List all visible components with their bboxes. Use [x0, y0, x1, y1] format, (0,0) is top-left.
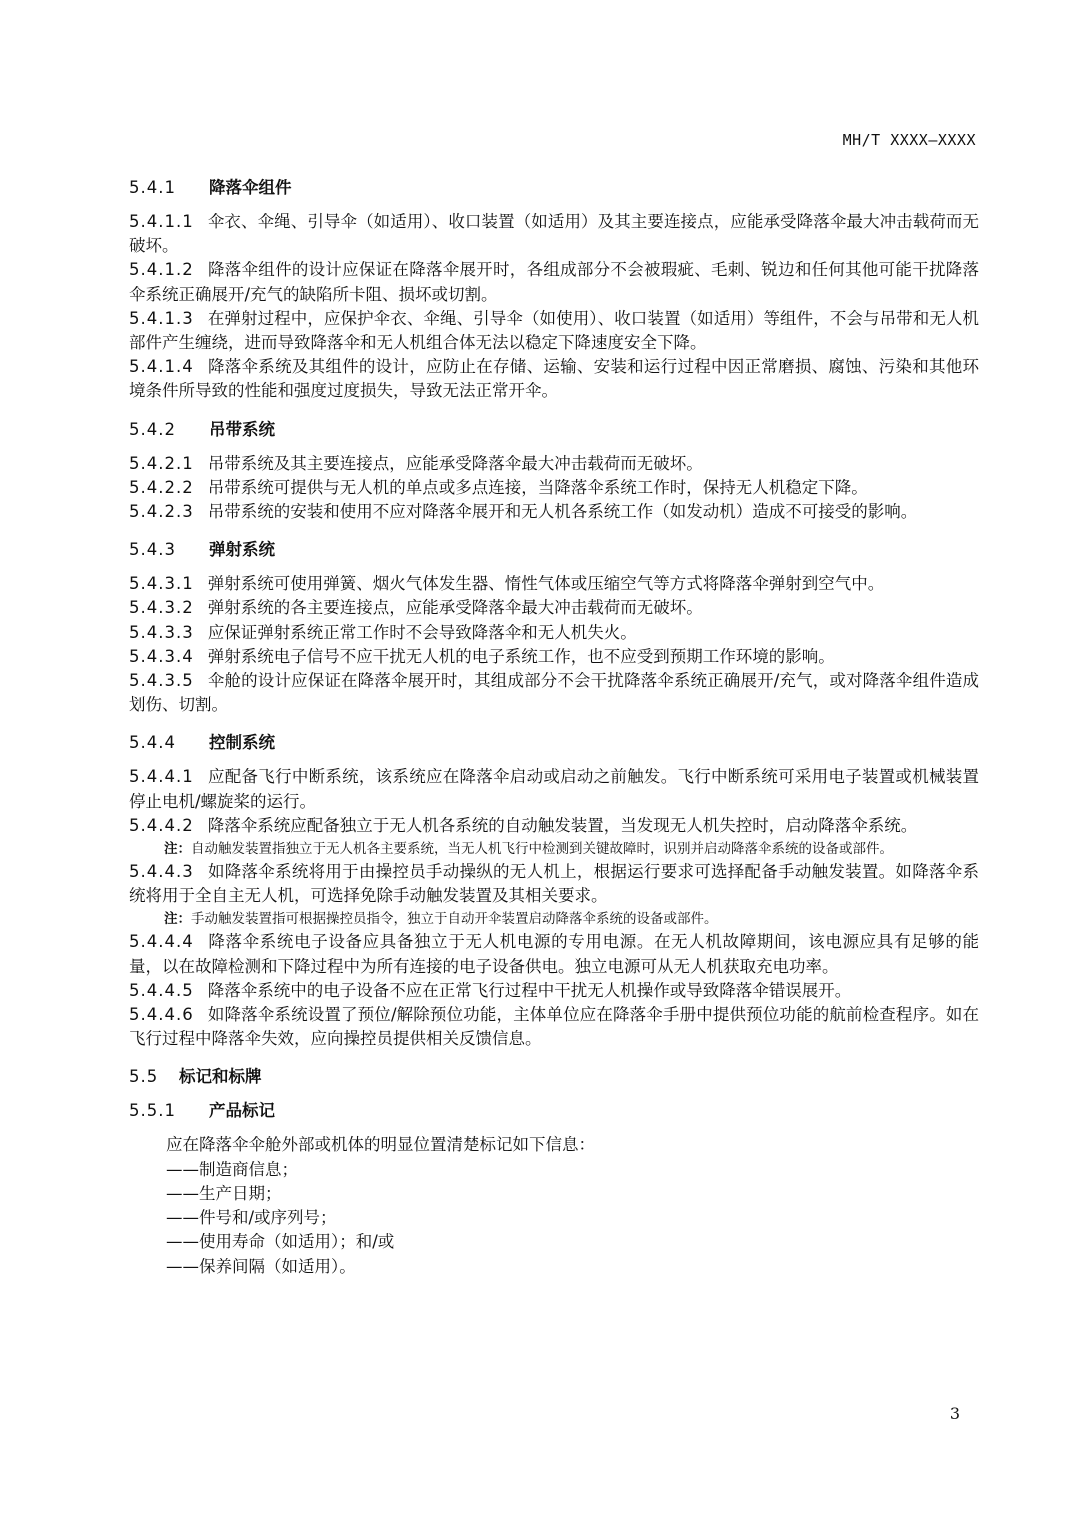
clause-5-4-4-1: 5.4.4.1应配备飞行中断系统，该系统应在降落伞启动或启动之前触发。飞行中断系…	[129, 765, 979, 813]
clause-text: 弹射系统可使用弹簧、烟火气体发生器、惰性气体或压缩空气等方式将降落伞弹射到空气中…	[208, 574, 885, 593]
clause-5-4-4-4: 5.4.4.4降落伞系统电子设备应具备独立于无人机电源的专用电源。在无人机故障期…	[129, 930, 979, 978]
clause-5-4-1-4: 5.4.1.4降落伞系统及其组件的设计，应防止在存储、运输、安装和运行过程中因正…	[129, 355, 979, 403]
clause-5-4-3-4: 5.4.3.4弹射系统电子信号不应干扰无人机的电子系统工作，也不应受到预期工作环…	[129, 645, 979, 669]
clause-number: 5.4.3.5	[129, 671, 194, 690]
clause-number: 5.4.3.1	[129, 574, 194, 593]
clause-5-4-1-2: 5.4.1.2降落伞组件的设计应保证在降落伞展开时，各组成部分不会被瑕疵、毛刺、…	[129, 258, 979, 306]
clause-5-4-4-2: 5.4.4.2降落伞系统应配备独立于无人机各系统的自动触发装置，当发现无人机失控…	[129, 814, 979, 838]
marking-list-item: ——件号和/或序列号；	[129, 1206, 979, 1230]
marking-intro: 应在降落伞伞舱外部或机体的明显位置清楚标记如下信息：	[129, 1133, 979, 1157]
clause-number: 5.4.3.2	[129, 598, 194, 617]
heading-5-5-1: 5.5.1 产品标记	[129, 1099, 979, 1123]
note-auto-trigger: 注： 自动触发装置指独立于无人机各主要系统，当无人机飞行中检测到关键故障时，识别…	[129, 838, 979, 860]
clause-text: 如降落伞系统将用于由操控员手动操纵的无人机上，根据运行要求可选择配备手动触发装置…	[129, 862, 979, 905]
clause-number: 5.4.1.2	[129, 260, 194, 279]
clause-number: 5.4.2.2	[129, 478, 194, 497]
heading-number: 5.4.3	[129, 538, 209, 562]
document-body: 5.4.1 降落伞组件 5.4.1.1伞衣、伞绳、引导伞（如适用）、收口装置（如…	[129, 172, 979, 1279]
marking-list-item: ——保养间隔（如适用）。	[129, 1255, 979, 1279]
clause-5-4-3-3: 5.4.3.3应保证弹射系统正常工作时不会导致降落伞和无人机失火。	[129, 621, 979, 645]
clause-5-4-4-5: 5.4.4.5降落伞系统中的电子设备不应在正常飞行过程中干扰无人机操作或导致降落…	[129, 979, 979, 1003]
note-label: 注：	[164, 908, 191, 930]
heading-5-5: 5.5 标记和标牌	[129, 1065, 979, 1089]
clause-5-4-2-2: 5.4.2.2吊带系统可提供与无人机的单点或多点连接，当降落伞系统工作时，保持无…	[129, 476, 979, 500]
clause-number: 5.4.1.4	[129, 357, 194, 376]
clause-text: 伞衣、伞绳、引导伞（如适用）、收口装置（如适用）及其主要连接点，应能承受降落伞最…	[129, 212, 979, 255]
clause-number: 5.4.4.6	[129, 1005, 194, 1024]
heading-number: 5.5.1	[129, 1099, 209, 1123]
note-manual-trigger: 注： 手动触发装置指可根据操控员指令，独立于自动开伞装置启动降落伞系统的设备或部…	[129, 908, 979, 930]
clause-5-4-1-1: 5.4.1.1伞衣、伞绳、引导伞（如适用）、收口装置（如适用）及其主要连接点，应…	[129, 210, 979, 258]
clause-number: 5.4.2.1	[129, 454, 194, 473]
note-label: 注：	[164, 838, 191, 860]
heading-5-4-4: 5.4.4 控制系统	[129, 731, 979, 755]
clause-5-4-2-1: 5.4.2.1吊带系统及其主要连接点，应能承受降落伞最大冲击载荷而无破坏。	[129, 452, 979, 476]
clause-text: 吊带系统可提供与无人机的单点或多点连接，当降落伞系统工作时，保持无人机稳定下降。	[208, 478, 868, 497]
clause-text: 吊带系统的安装和使用不应对降落伞展开和无人机各系统工作（如发动机）造成不可接受的…	[208, 502, 918, 521]
heading-number: 5.5	[129, 1065, 179, 1089]
clause-number: 5.4.4.4	[129, 932, 194, 951]
document-page: MH/T XXXX—XXXX 5.4.1 降落伞组件 5.4.1.1伞衣、伞绳、…	[0, 0, 1080, 1527]
clause-text: 伞舱的设计应保证在降落伞展开时，其组成部分不会干扰降落伞系统正确展开/充气，或对…	[129, 671, 979, 714]
heading-5-4-3: 5.4.3 弹射系统	[129, 538, 979, 562]
clause-text: 应配备飞行中断系统，该系统应在降落伞启动或启动之前触发。飞行中断系统可采用电子装…	[129, 767, 979, 810]
heading-title: 控制系统	[209, 731, 275, 755]
heading-title: 弹射系统	[209, 538, 275, 562]
heading-5-4-1: 5.4.1 降落伞组件	[129, 176, 979, 200]
clause-text: 降落伞组件的设计应保证在降落伞展开时，各组成部分不会被瑕疵、毛刺、锐边和任何其他…	[129, 260, 979, 303]
clause-text: 弹射系统的各主要连接点，应能承受降落伞最大冲击载荷而无破坏。	[208, 598, 703, 617]
clause-5-4-1-3: 5.4.1.3在弹射过程中，应保护伞衣、伞绳、引导伞（如使用）、收口装置（如适用…	[129, 307, 979, 355]
clause-text: 弹射系统电子信号不应干扰无人机的电子系统工作，也不应受到预期工作环境的影响。	[208, 647, 835, 666]
clause-number: 5.4.4.3	[129, 862, 194, 881]
marking-list-item: ——使用寿命（如适用）；和/或	[129, 1230, 979, 1254]
heading-5-4-2: 5.4.2 吊带系统	[129, 418, 979, 442]
clause-number: 5.4.2.3	[129, 502, 194, 521]
clause-number: 5.4.3.3	[129, 623, 194, 642]
clause-number: 5.4.4.2	[129, 816, 194, 835]
clause-number: 5.4.4.1	[129, 767, 194, 786]
clause-text: 降落伞系统及其组件的设计，应防止在存储、运输、安装和运行过程中因正常磨损、腐蚀、…	[129, 357, 979, 400]
clause-number: 5.4.1.1	[129, 212, 194, 231]
clause-text: 应保证弹射系统正常工作时不会导致降落伞和无人机失火。	[208, 623, 637, 642]
clause-5-4-3-1: 5.4.3.1弹射系统可使用弹簧、烟火气体发生器、惰性气体或压缩空气等方式将降落…	[129, 572, 979, 596]
clause-5-4-4-3: 5.4.4.3如降落伞系统将用于由操控员手动操纵的无人机上，根据运行要求可选择配…	[129, 860, 979, 908]
note-text: 手动触发装置指可根据操控员指令，独立于自动开伞装置启动降落伞系统的设备或部件。	[191, 908, 718, 930]
heading-title: 产品标记	[209, 1099, 275, 1123]
clause-5-4-3-2: 5.4.3.2弹射系统的各主要连接点，应能承受降落伞最大冲击载荷而无破坏。	[129, 596, 979, 620]
clause-number: 5.4.3.4	[129, 647, 194, 666]
clause-text: 在弹射过程中，应保护伞衣、伞绳、引导伞（如使用）、收口装置（如适用）等组件，不会…	[129, 309, 979, 352]
clause-5-4-3-5: 5.4.3.5伞舱的设计应保证在降落伞展开时，其组成部分不会干扰降落伞系统正确展…	[129, 669, 979, 717]
clause-text: 降落伞系统应配备独立于无人机各系统的自动触发装置，当发现无人机失控时，启动降落伞…	[208, 816, 918, 835]
document-code: MH/T XXXX—XXXX	[843, 131, 976, 149]
heading-number: 5.4.2	[129, 418, 209, 442]
clause-text: 降落伞系统电子设备应具备独立于无人机电源的专用电源。在无人机故障期间，该电源应具…	[129, 932, 979, 975]
heading-number: 5.4.4	[129, 731, 209, 755]
clause-5-4-2-3: 5.4.2.3吊带系统的安装和使用不应对降落伞展开和无人机各系统工作（如发动机）…	[129, 500, 979, 524]
clause-number: 5.4.1.3	[129, 309, 194, 328]
page-number: 3	[950, 1404, 960, 1423]
heading-title: 降落伞组件	[209, 176, 292, 200]
heading-number: 5.4.1	[129, 176, 209, 200]
clause-text: 降落伞系统中的电子设备不应在正常飞行过程中干扰无人机操作或导致降落伞错误展开。	[208, 981, 852, 1000]
note-text: 自动触发装置指独立于无人机各主要系统，当无人机飞行中检测到关键故障时，识别并启动…	[191, 838, 893, 860]
clause-text: 如降落伞系统设置了预位/解除预位功能，主体单位应在降落伞手册中提供预位功能的航前…	[129, 1005, 979, 1048]
marking-list-item: ——生产日期；	[129, 1182, 979, 1206]
clause-number: 5.4.4.5	[129, 981, 194, 1000]
clause-text: 吊带系统及其主要连接点，应能承受降落伞最大冲击载荷而无破坏。	[208, 454, 703, 473]
heading-title: 标记和标牌	[179, 1065, 262, 1089]
marking-list-item: ——制造商信息；	[129, 1158, 979, 1182]
heading-title: 吊带系统	[209, 418, 275, 442]
clause-5-4-4-6: 5.4.4.6如降落伞系统设置了预位/解除预位功能，主体单位应在降落伞手册中提供…	[129, 1003, 979, 1051]
